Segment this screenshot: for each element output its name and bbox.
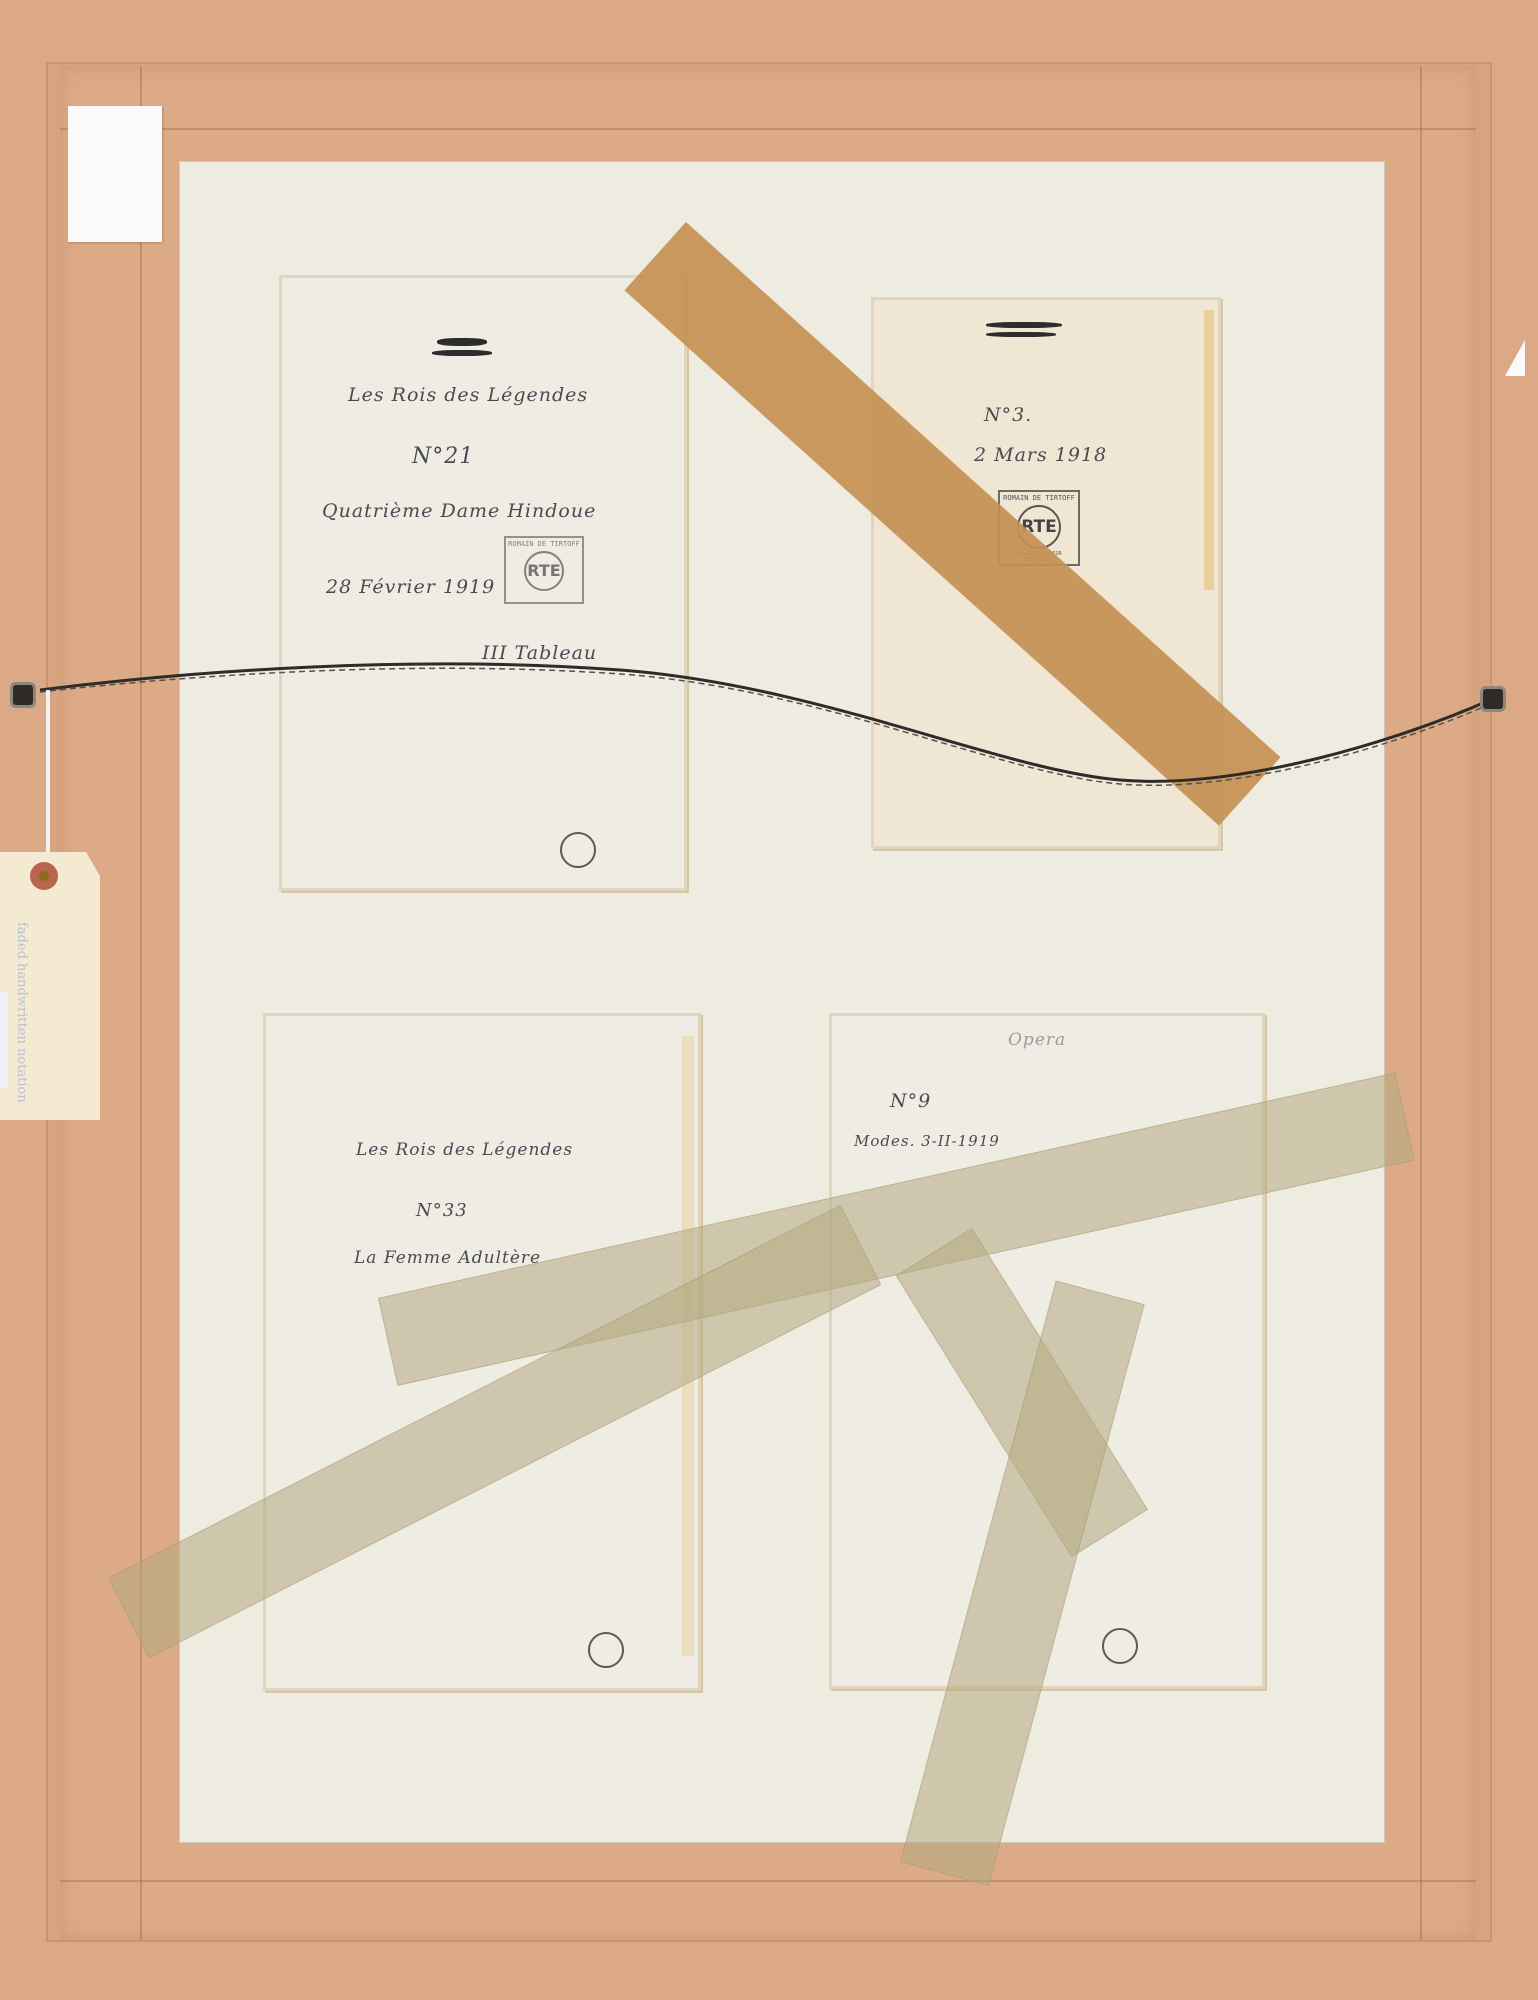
shipping-tag: faded handwritten notation bbox=[0, 852, 100, 1120]
hanging-wire bbox=[0, 0, 1538, 2000]
hanging-hook-left bbox=[10, 682, 36, 708]
tag-sticker bbox=[0, 992, 8, 1088]
hanging-hook-right bbox=[1480, 686, 1506, 712]
tag-text: faded handwritten notation bbox=[14, 922, 29, 1103]
tag-eyelet-icon bbox=[30, 862, 58, 890]
tag-string bbox=[46, 690, 50, 860]
